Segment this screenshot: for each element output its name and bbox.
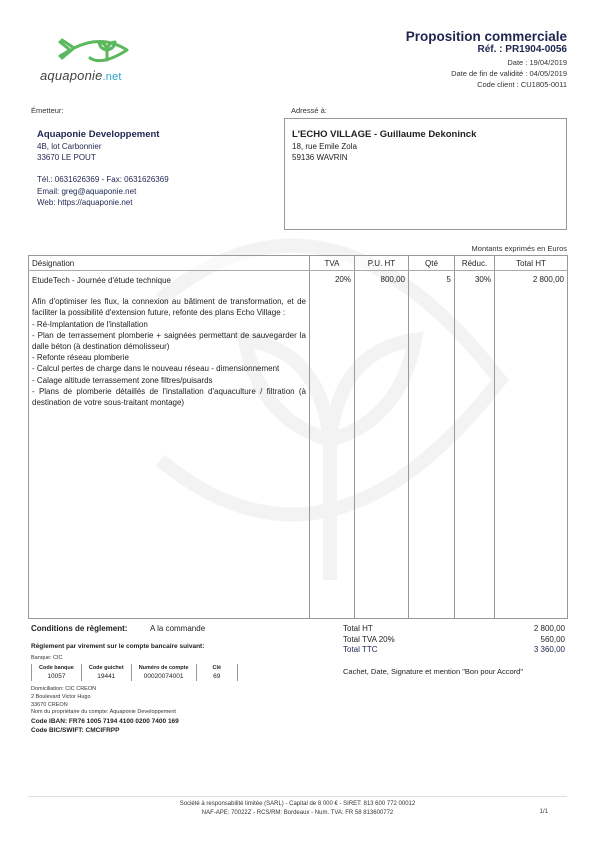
logo-wordmark: aquaponie.net (40, 68, 122, 83)
bank-code-banque: 10057 (32, 673, 82, 682)
document-reference: Réf. : PR1904-0056 (478, 44, 568, 55)
recipient-name: L'ECHO VILLAGE - Guillaume Dekoninck (292, 128, 559, 141)
total-tva-row: Total TVA 20% 560,00 (343, 635, 565, 646)
col-total: Total HT (495, 256, 568, 271)
emitter-label: Émetteur: (31, 106, 64, 115)
description-line: - Plans de plomberie détaillés de l'inst… (32, 386, 306, 408)
bank-table-end (238, 664, 239, 673)
footer-divider (28, 796, 567, 797)
item-title: EtudeTech - Journée d'étude technique (32, 275, 306, 286)
logo-name: aquaponie (40, 68, 103, 83)
footer-line-1: Société à responsabilité limitée (SARL) … (0, 800, 595, 809)
account-owner: Nom du propriétaire du compte: Aquaponie… (31, 709, 179, 717)
recipient-label: Adressé à: (291, 106, 327, 115)
document-date: Date : 19/04/2019 (507, 58, 567, 67)
emitter-address-1: 4B, lot Carbonnier (37, 141, 269, 152)
validity-date: Date de fin de validité : 04/05/2019 (451, 69, 567, 78)
bank-address-1: 2 Boulevard Victor Hugo (31, 694, 179, 702)
bank-transfer-title: Règlement par virement sur le compte ban… (31, 643, 204, 650)
bank-info: Domiciliation: CIC CREON 2 Boulevard Vic… (31, 686, 179, 735)
total-tva-value: 560,00 (541, 635, 565, 646)
bank-code-guichet: 19441 (81, 673, 131, 682)
description-line: - Calage altitude terrassement zone filt… (32, 375, 306, 386)
item-discount: 30% (455, 271, 495, 619)
item-designation-cell: EtudeTech - Journée d'étude technique Af… (29, 271, 310, 619)
total-ttc-label: Total TTC (343, 645, 378, 656)
col-pu: P.U. HT (355, 256, 409, 271)
emitter-phone: Tél.: 0631626369 - Fax: 0631626369 (37, 174, 269, 185)
client-code: Code client : CU1805-0011 (477, 80, 567, 89)
emitter-name: Aquaponie Developpement (37, 128, 269, 141)
emitter-email[interactable]: Email: greg@aquaponie.net (37, 186, 269, 197)
total-ht-label: Total HT (343, 624, 373, 635)
conditions-label-text: Conditions de règlement: (31, 624, 127, 633)
item-total: 2 800,00 (495, 271, 568, 619)
emitter-web[interactable]: Web: https://aquaponie.net (37, 197, 269, 208)
emitter-box: Aquaponie Developpement 4B, lot Carbonni… (28, 119, 278, 213)
payment-conditions-value: A la commande (150, 624, 205, 633)
total-ht-value: 2 800,00 (534, 624, 565, 635)
table-row: EtudeTech - Journée d'étude technique Af… (29, 271, 568, 619)
description-line: - Ré-Implantation de l'installation (32, 319, 306, 330)
bank-col-key: Clé (196, 664, 238, 673)
total-ttc-row: Total TTC 3 360,00 (343, 645, 565, 656)
logo-suffix: .net (103, 71, 122, 83)
col-discount: Réduc. (455, 256, 495, 271)
signature-note: Cachet, Date, Signature et mention "Bon … (343, 667, 523, 676)
document-title: Proposition commerciale (406, 29, 567, 44)
totals-block: Total HT 2 800,00 Total TVA 20% 560,00 T… (343, 624, 565, 656)
bank-name: Banque: CIC (31, 655, 63, 661)
total-ttc-value: 3 360,00 (534, 645, 565, 656)
bank-domiciliation: Domiciliation: CIC CREON (31, 686, 179, 694)
bank-col-account-number: Numéro de compte (131, 664, 196, 673)
items-table: Désignation TVA P.U. HT Qté Réduc. Total… (28, 255, 568, 619)
recipient-address-2: 59136 WAVRIN (292, 152, 559, 163)
col-tva: TVA (310, 256, 355, 271)
table-header-row: Désignation TVA P.U. HT Qté Réduc. Total… (29, 256, 568, 271)
bank-col-code-banque: Code banque (32, 664, 82, 673)
bank-key: 69 (196, 673, 238, 682)
description-line: - Plan de terrassement plomberie + saign… (32, 330, 306, 352)
emitter-address-2: 33670 LE POUT (37, 152, 269, 163)
description-line: - Calcul pertes de charge dans le nouvea… (32, 363, 306, 374)
description-line: - Refonte réseau plomberie (32, 352, 306, 363)
item-qty: 5 (409, 271, 455, 619)
total-tva-label: Total TVA 20% (343, 635, 395, 646)
item-description: Afin d'optimiser les flux, la connexion … (32, 296, 306, 408)
payment-conditions-label: Conditions de règlement: (31, 624, 127, 633)
item-pu: 800,00 (355, 271, 409, 619)
currency-note: Montants exprimés en Euros (472, 244, 567, 253)
bank-table-end (238, 673, 239, 682)
footer: Société à responsabilité limitée (SARL) … (0, 800, 595, 818)
footer-line-2: NAF-APE: 70022Z - RCS/RM: Bordeaux - Num… (0, 809, 595, 818)
iban-code: Code IBAN: FR76 1005 7194 4100 0200 7400… (31, 717, 179, 726)
bank-header-row: Code banque Code guichet Numéro de compt… (32, 664, 239, 673)
bank-values-row: 10057 19441 00020074001 69 (32, 673, 239, 682)
col-qty: Qté (409, 256, 455, 271)
total-ht-row: Total HT 2 800,00 (343, 624, 565, 635)
bank-account-number: 00020074001 (131, 673, 196, 682)
recipient-address-1: 18, rue Emile Zola (292, 141, 559, 152)
item-tva: 20% (310, 271, 355, 619)
recipient-box: L'ECHO VILLAGE - Guillaume Dekoninck 18,… (284, 118, 567, 230)
page-number: 1/1 (540, 809, 548, 815)
description-line: Afin d'optimiser les flux, la connexion … (32, 296, 306, 318)
bank-col-code-guichet: Code guichet (81, 664, 131, 673)
bank-address-2: 33670 CREON (31, 702, 179, 710)
col-designation: Désignation (29, 256, 310, 271)
bic-code: Code BIC/SWIFT: CMCIFRPP (31, 726, 179, 735)
bank-details-table: Code banque Code guichet Numéro de compt… (31, 664, 238, 681)
